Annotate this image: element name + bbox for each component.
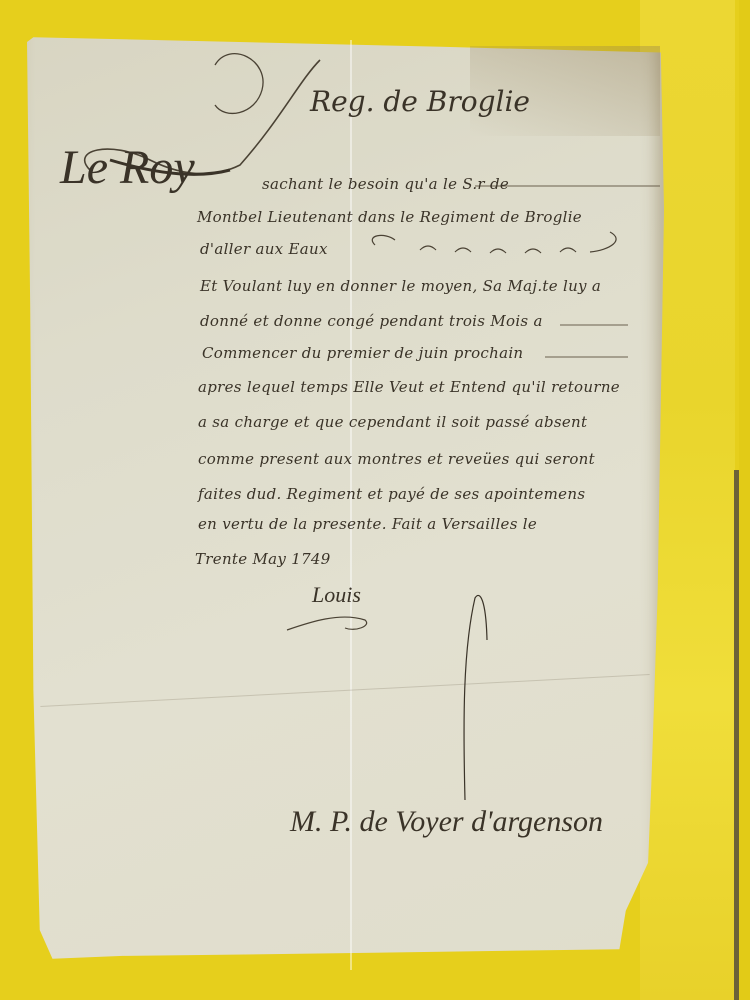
body-line: faites dud. Regiment et payé de ses apoi… — [198, 485, 585, 503]
body-line: en vertu de la presente. Fait a Versaill… — [198, 515, 537, 533]
body-line: Montbel Lieutenant dans le Regiment de B… — [197, 208, 582, 226]
body-line: sachant le besoin qu'a le S.r de — [262, 175, 509, 193]
minister-signature: M. P. de Voyer d'argenson — [290, 805, 603, 839]
body-line: Et Voulant luy en donner le moyen, Sa Ma… — [200, 277, 601, 295]
body-line: donné et donne congé pendant trois Mois … — [200, 312, 543, 330]
body-line-date: Trente May 1749 — [195, 550, 331, 568]
body-line: d'aller aux Eaux — [200, 240, 328, 258]
document-title: Le Roy — [60, 140, 195, 195]
body-line: Commencer du premier de juin prochain — [202, 344, 523, 362]
background-right — [739, 0, 750, 1000]
body-line: apres lequel temps Elle Veut et Entend q… — [198, 378, 620, 396]
body-line: a sa charge et que cependant il soit pas… — [198, 413, 587, 431]
king-signature: Louis — [312, 582, 361, 608]
body-line: comme present aux montres et reveües qui… — [198, 450, 595, 468]
regiment-note: Reg. de Broglie — [310, 85, 530, 118]
